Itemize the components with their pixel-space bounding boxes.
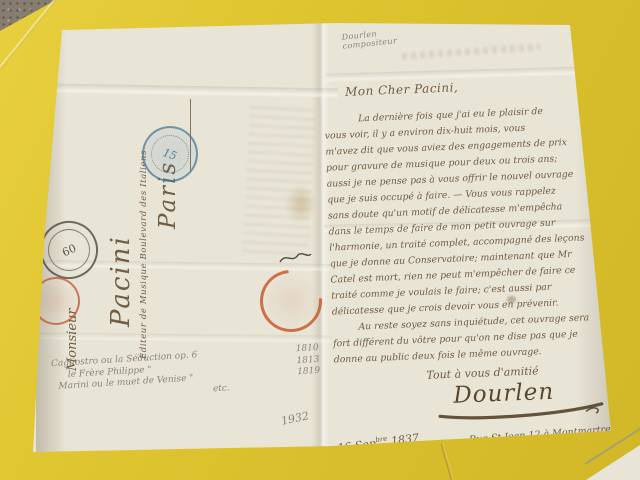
- black-postmark-inner-ring: [41, 222, 96, 277]
- pencil-paraph: 1932: [280, 409, 310, 428]
- address-street: Éditeur de Musique Boulevard des Italien…: [139, 85, 149, 359]
- signature-row: Dourlen: [453, 376, 616, 416]
- blue-postmark-inner-ring: [146, 130, 194, 178]
- red-postmark-center: [247, 257, 334, 344]
- letter-text-page: Mon Cher Pacini, La dernière fois que j'…: [323, 75, 617, 452]
- date-superscript: bre: [375, 435, 388, 444]
- pencil-attribution-note: Dourlen compositeur: [341, 27, 397, 51]
- work-year: 1819: [284, 366, 321, 380]
- letter-body: La dernière fois que j'ai eu le plaisir …: [324, 102, 614, 369]
- ink-showthrough-right-page: [402, 43, 540, 60]
- photo-scene: Monsieur Pacini Éditeur de Musique Boule…: [0, 0, 640, 480]
- letter-salutation: Mon Cher Pacini,: [345, 75, 603, 99]
- letter-sheet: Monsieur Pacini Éditeur de Musique Boule…: [0, 0, 640, 480]
- ink-scribble: [278, 250, 312, 266]
- address-name: Pacini: [106, 85, 136, 327]
